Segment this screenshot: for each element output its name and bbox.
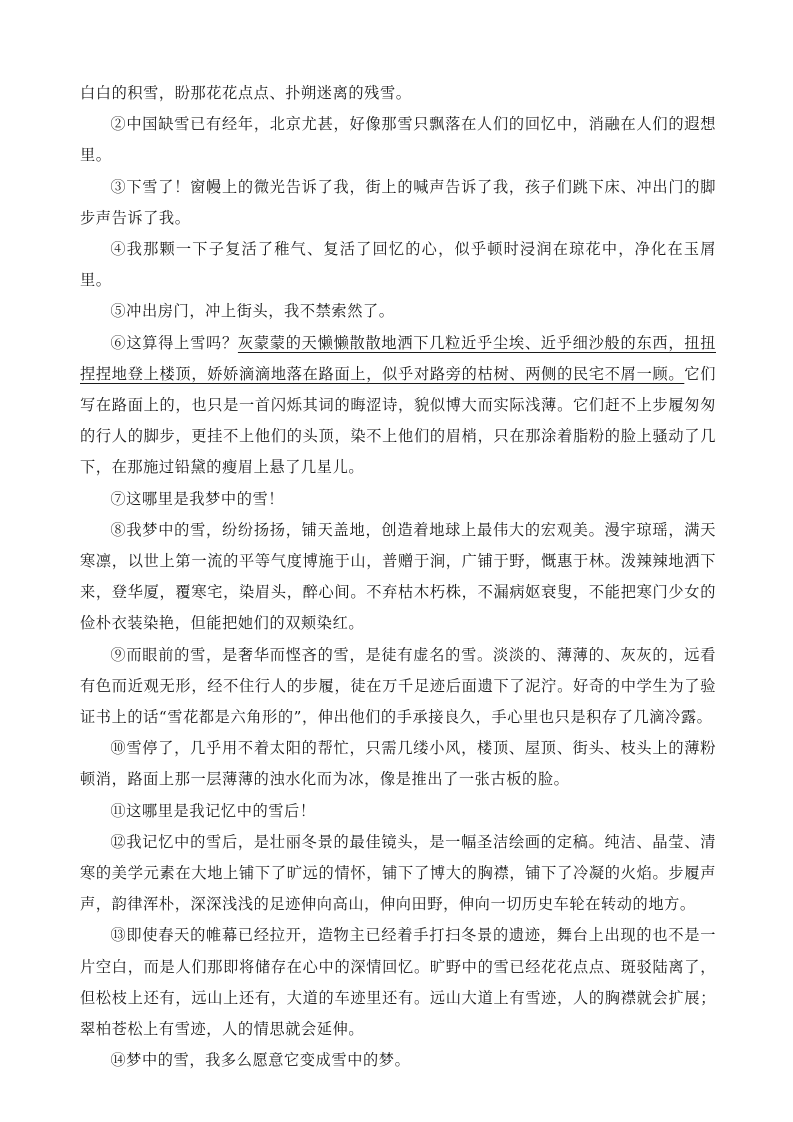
- paragraph-14: ⑭梦中的雪，我多么愿意它变成雪中的梦。: [80, 1045, 716, 1076]
- paragraph-7: ⑦这哪里是我梦中的雪！: [80, 484, 716, 515]
- paragraph-8: ⑧我梦中的雪，纷纷扬扬，铺天盖地，创造着地球上最伟大的宏观美。漫宇琼瑶，满天寒凛…: [80, 515, 716, 640]
- paragraph-10: ⑩雪停了，几乎用不着太阳的帮忙，只需几缕小风，楼顶、屋顶、街头、枝头上的薄粉顿消…: [80, 733, 716, 795]
- paragraph-4: ④我那颗一下子复活了稚气、复活了回忆的心，似乎顿时浸润在琼花中，净化在玉屑里。: [80, 234, 716, 296]
- paragraph-5: ⑤冲出房门，冲上街头，我不禁索然了。: [80, 296, 716, 327]
- paragraph-13: ⑬即使春天的帷幕已经拉开，造物主已经着手打扫冬景的遗迹，舞台上出现的也不是一片空…: [80, 920, 716, 1045]
- paragraph-3: ③下雪了！窗幔上的微光告诉了我，街上的喊声告诉了我，孩子们跳下床、冲出门的脚步声…: [80, 172, 716, 234]
- paragraph-6-lead: ⑥这算得上雪吗？: [110, 334, 238, 352]
- paragraph-2: ②中国缺雪已有经年，北京尤甚，好像那雪只飘落在人们的回忆中，消融在人们的遐想里。: [80, 109, 716, 171]
- paragraph-1-continuation: 白白的积雪，盼那花花点点、扑朔迷离的残雪。: [80, 78, 716, 109]
- paragraph-11: ⑪这哪里是我记忆中的雪后！: [80, 796, 716, 827]
- paragraph-9: ⑨而眼前的雪，是奢华而悭吝的雪，是徒有虚名的雪。淡淡的、薄薄的、灰灰的，远看有色…: [80, 640, 716, 734]
- paragraph-6: ⑥这算得上雪吗？灰蒙蒙的天懒懒散散地洒下几粒近乎尘埃、近乎细沙般的东西，扭扭捏捏…: [80, 328, 716, 484]
- document-page: 白白的积雪，盼那花花点点、扑朔迷离的残雪。 ②中国缺雪已有经年，北京尤甚，好像那…: [80, 78, 716, 1077]
- paragraph-12: ⑫我记忆中的雪后，是壮丽冬景的最佳镜头，是一幅圣洁绘画的定稿。纯洁、晶莹、清寒的…: [80, 827, 716, 921]
